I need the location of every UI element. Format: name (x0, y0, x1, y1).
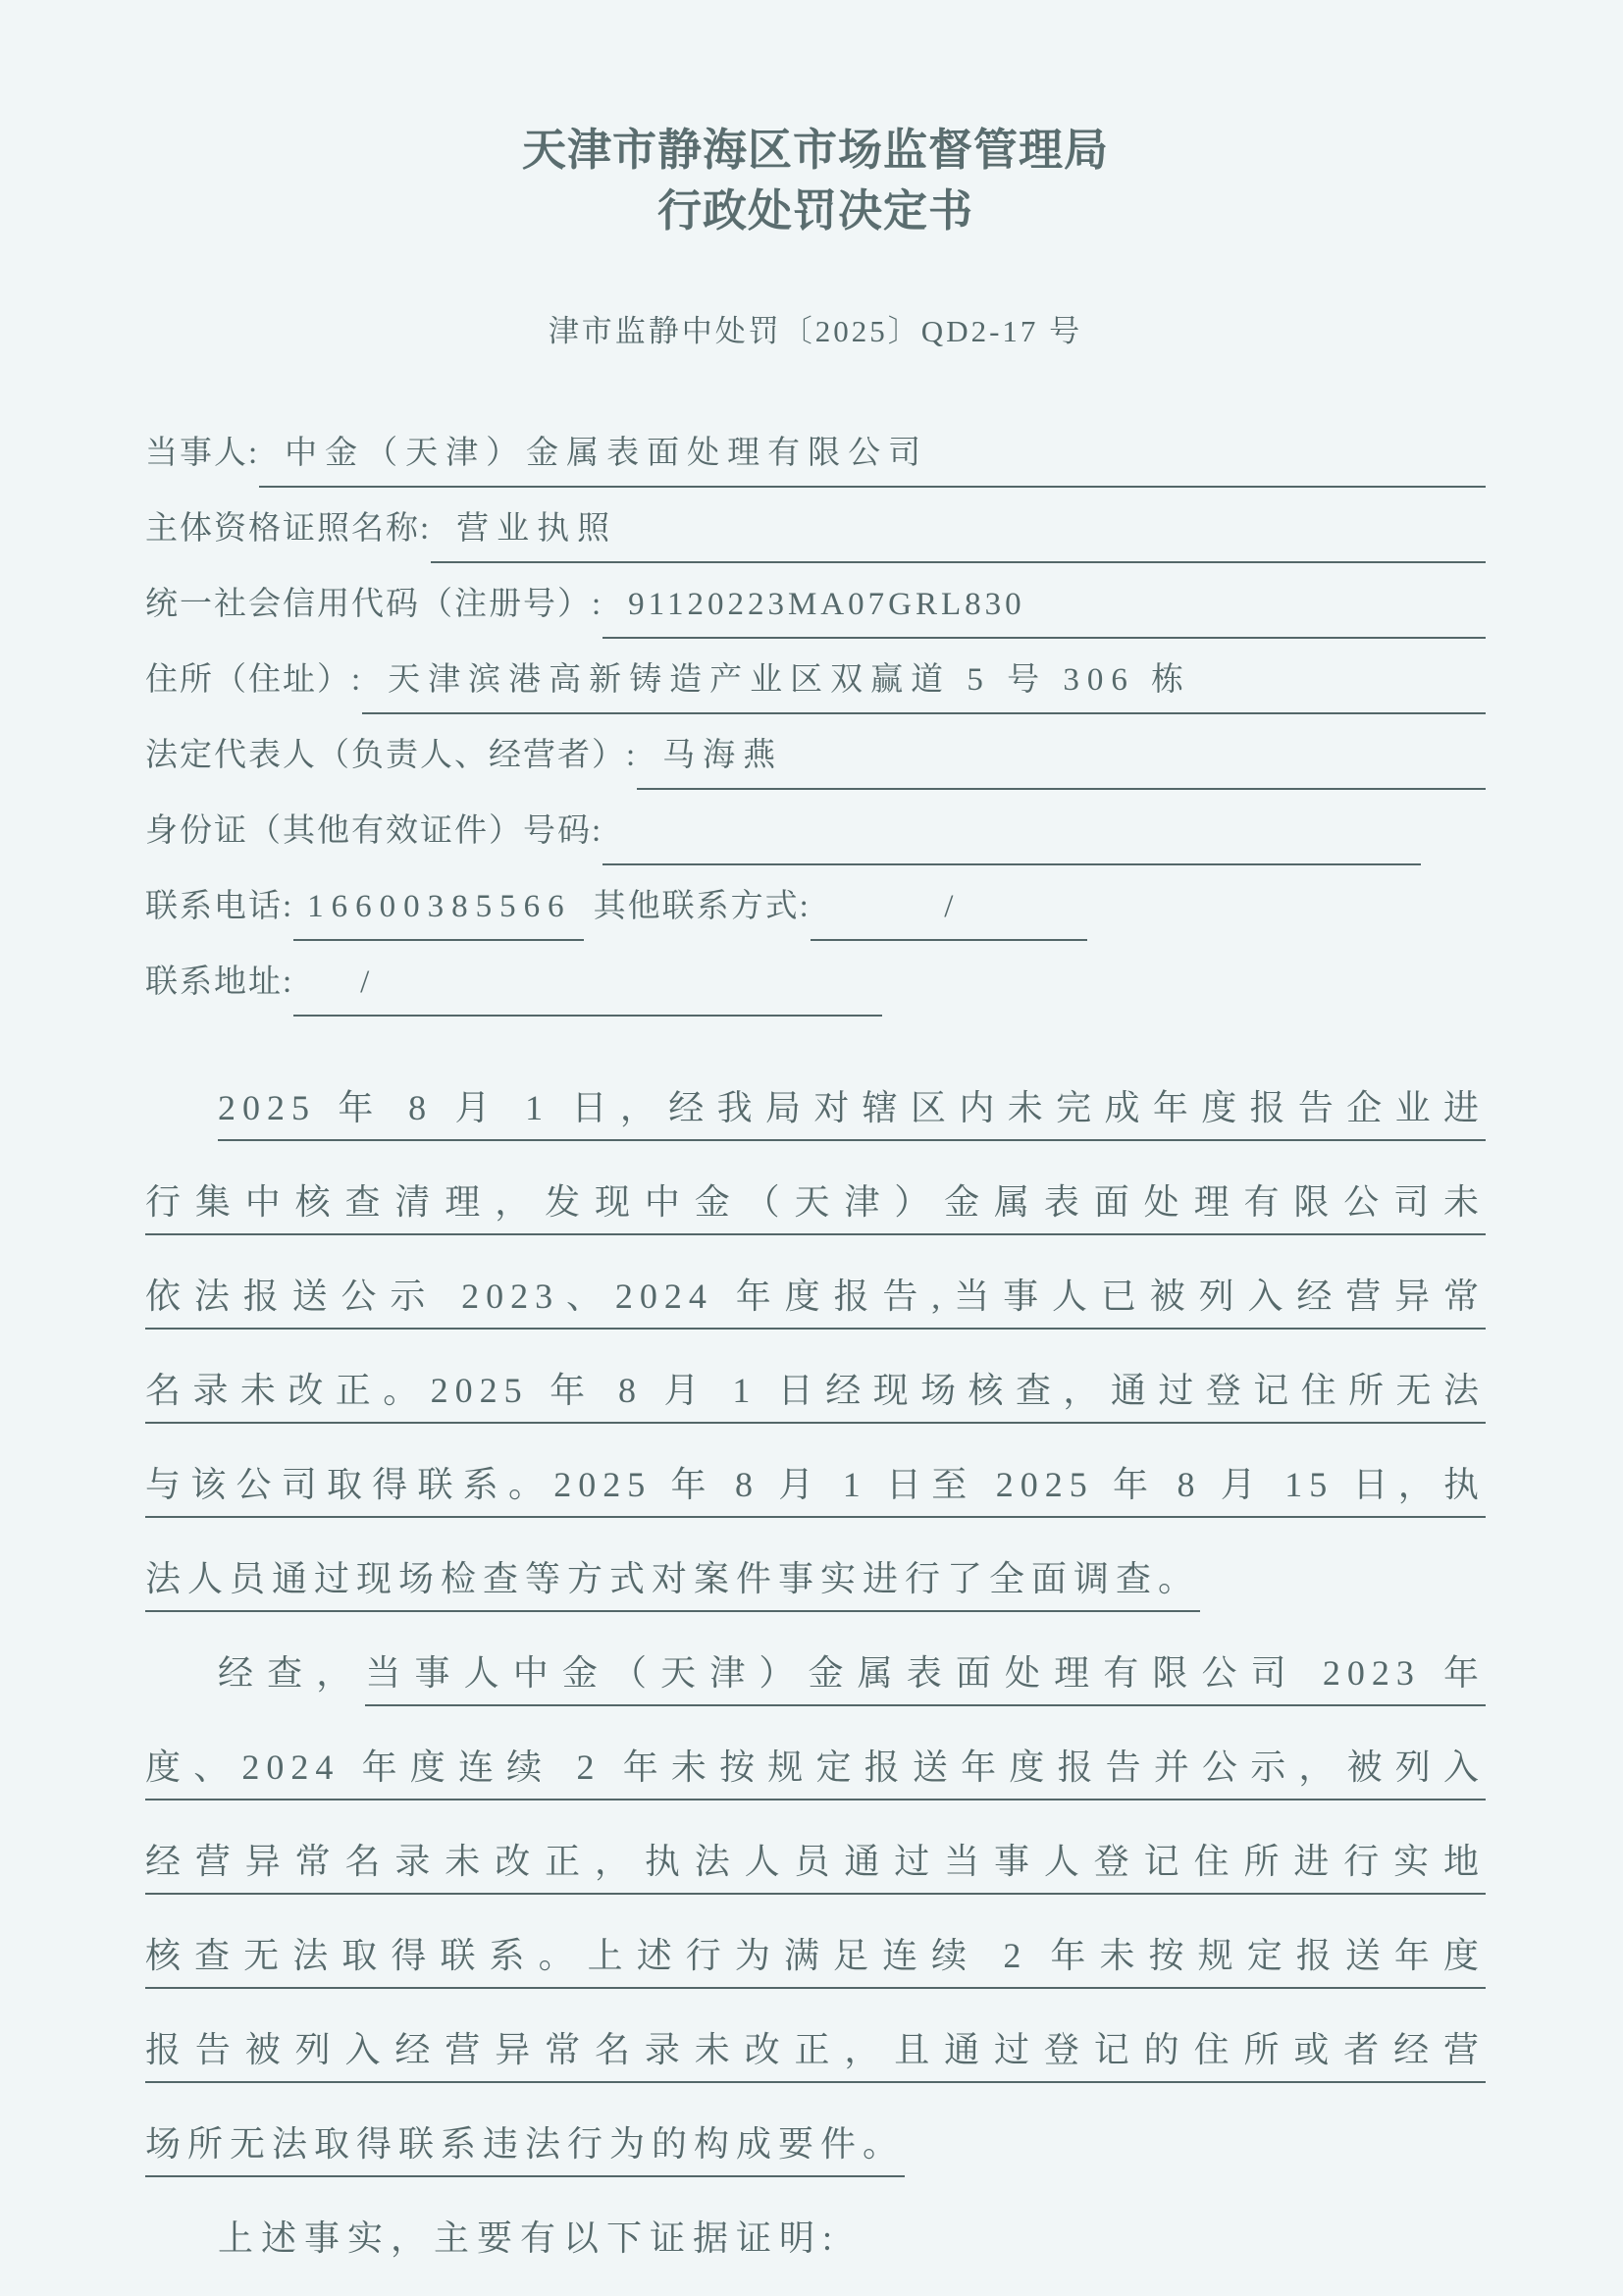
body-line: 依法报送公示 2023、2024 年度报告,当事人已被列入经营异常 (145, 1256, 1486, 1350)
party-info-section: 当事人: 中金（天津）金属表面处理有限公司 主体资格证照名称: 营业执照 统一社… (145, 429, 1486, 1017)
body-line-text: 度、2024 年度连续 2 年未按规定报送年度报告并公示，被列入 (145, 1748, 1486, 1800)
body-line: 核查无法取得联系。上述行为满足连续 2 年未按规定报送年度 (145, 1915, 1486, 2009)
issuing-authority-title: 天津市静海区市场监督管理局 (145, 120, 1486, 181)
legal-representative-label: 法定代表人（负责人、经营者）: (145, 731, 637, 790)
contact-phone-value: 16600385566 (293, 882, 584, 941)
body-line-text: 依法报送公示 2023、2024 年度报告,当事人已被列入经营异常 (145, 1277, 1486, 1330)
contact-address-label: 联系地址: (145, 958, 293, 1017)
body-line-text: 与该公司取得联系。2025 年 8 月 1 日至 2025 年 8 月 15 日… (145, 1465, 1486, 1518)
body-line-text: 场所无法取得联系违法行为的构成要件。 (145, 2124, 905, 2177)
field-contact-phone: 联系电话: 16600385566 其他联系方式: / (145, 882, 1486, 941)
contact-address-value: / (293, 958, 882, 1017)
contact-phone-label: 联系电话: (145, 882, 293, 941)
document-title: 天津市静海区市场监督管理局 行政处罚决定书 (145, 0, 1486, 241)
field-registered-address: 住所（住址）: 天津滨港高新铸造产业区双赢道 5 号 306 栋 (145, 655, 1486, 714)
id-number-label: 身份证（其他有效证件）号码: (145, 807, 602, 865)
body-line-text: 行集中核查清理，发现中金（天津）金属表面处理有限公司未 (145, 1182, 1486, 1235)
registered-address-value: 天津滨港高新铸造产业区双赢道 5 号 306 栋 (362, 655, 1486, 714)
body-line: 经营异常名录未改正，执法人员通过当事人登记住所进行实地 (145, 1821, 1486, 1915)
body-line-text: 报告被列入经营异常名录未改正，且通过登记的住所或者经营 (145, 2030, 1486, 2083)
row-spacer (1087, 882, 1486, 941)
body-line: 行集中核查清理，发现中金（天津）金属表面处理有限公司未 (145, 1162, 1486, 1256)
body-line-text: 2025 年 8 月 1 日，经我局对辖区内未完成年度报告企业进 (218, 1088, 1486, 1141)
body-line: 经查，当事人中金（天津）金属表面处理有限公司 2023 年 (145, 1633, 1486, 1727)
field-license-name: 主体资格证照名称: 营业执照 (145, 504, 1486, 563)
body-line: 法人员通过现场检查等方式对案件事实进行了全面调查。 (145, 1539, 1486, 1633)
registered-address-label: 住所（住址）: (145, 655, 362, 714)
legal-representative-value: 马海燕 (637, 731, 1486, 790)
body-line-text: 核查无法取得联系。上述行为满足连续 2 年未按规定报送年度 (145, 1936, 1486, 1989)
id-number-value (602, 807, 1421, 865)
body-line: 度、2024 年度连续 2 年未按规定报送年度报告并公示，被列入 (145, 1727, 1486, 1821)
body-line-text: 名录未改正。2025 年 8 月 1 日经现场核查，通过登记住所无法 (145, 1371, 1486, 1424)
credit-code-label: 统一社会信用代码（注册号）: (145, 580, 602, 639)
party-name-label: 当事人: (145, 429, 259, 488)
license-name-value: 营业执照 (431, 504, 1486, 563)
body-line-plain: 经查， (218, 1653, 365, 1693)
body-line-text: 经营异常名录未改正，执法人员通过当事人登记住所进行实地 (145, 1842, 1486, 1895)
document-page: 天津市静海区市场监督管理局 行政处罚决定书 津市监静中处罚〔2025〕QD2-1… (0, 0, 1623, 2296)
body-line: 报告被列入经营异常名录未改正，且通过登记的住所或者经营 (145, 2009, 1486, 2104)
document-body: 2025 年 8 月 1 日，经我局对辖区内未完成年度报告企业进 行集中核查清理… (145, 1068, 1486, 2292)
field-legal-representative: 法定代表人（负责人、经营者）: 马海燕 (145, 731, 1486, 790)
body-line: 场所无法取得联系违法行为的构成要件。 (145, 2104, 1486, 2198)
field-contact-address: 联系地址: / (145, 958, 1486, 1017)
body-line: 与该公司取得联系。2025 年 8 月 1 日至 2025 年 8 月 15 日… (145, 1444, 1486, 1539)
body-line: 名录未改正。2025 年 8 月 1 日经现场核查，通过登记住所无法 (145, 1350, 1486, 1444)
field-credit-code: 统一社会信用代码（注册号）: 91120223MA07GRL830 (145, 580, 1486, 639)
body-line-text: 法人员通过现场检查等方式对案件事实进行了全面调查。 (145, 1559, 1200, 1612)
body-line: 2025 年 8 月 1 日，经我局对辖区内未完成年度报告企业进 (145, 1068, 1486, 1162)
document-content: 天津市静海区市场监督管理局 行政处罚决定书 津市监静中处罚〔2025〕QD2-1… (145, 0, 1486, 2292)
credit-code-value: 91120223MA07GRL830 (602, 580, 1486, 639)
field-party-name: 当事人: 中金（天津）金属表面处理有限公司 (145, 429, 1486, 488)
party-name-value: 中金（天津）金属表面处理有限公司 (259, 429, 1486, 488)
evidence-intro-line: 上述事实，主要有以下证据证明: (145, 2198, 1486, 2292)
other-contact-label: 其他联系方式: (594, 882, 811, 941)
document-number: 津市监静中处罚〔2025〕QD2-17 号 (145, 306, 1486, 350)
row-spacer (882, 958, 1486, 1017)
other-contact-value: / (811, 882, 1087, 941)
document-type-title: 行政处罚决定书 (145, 181, 1486, 241)
body-line-text: 当事人中金（天津）金属表面处理有限公司 2023 年 (365, 1653, 1486, 1706)
license-name-label: 主体资格证照名称: (145, 504, 431, 563)
field-id-number: 身份证（其他有效证件）号码: (145, 807, 1486, 865)
